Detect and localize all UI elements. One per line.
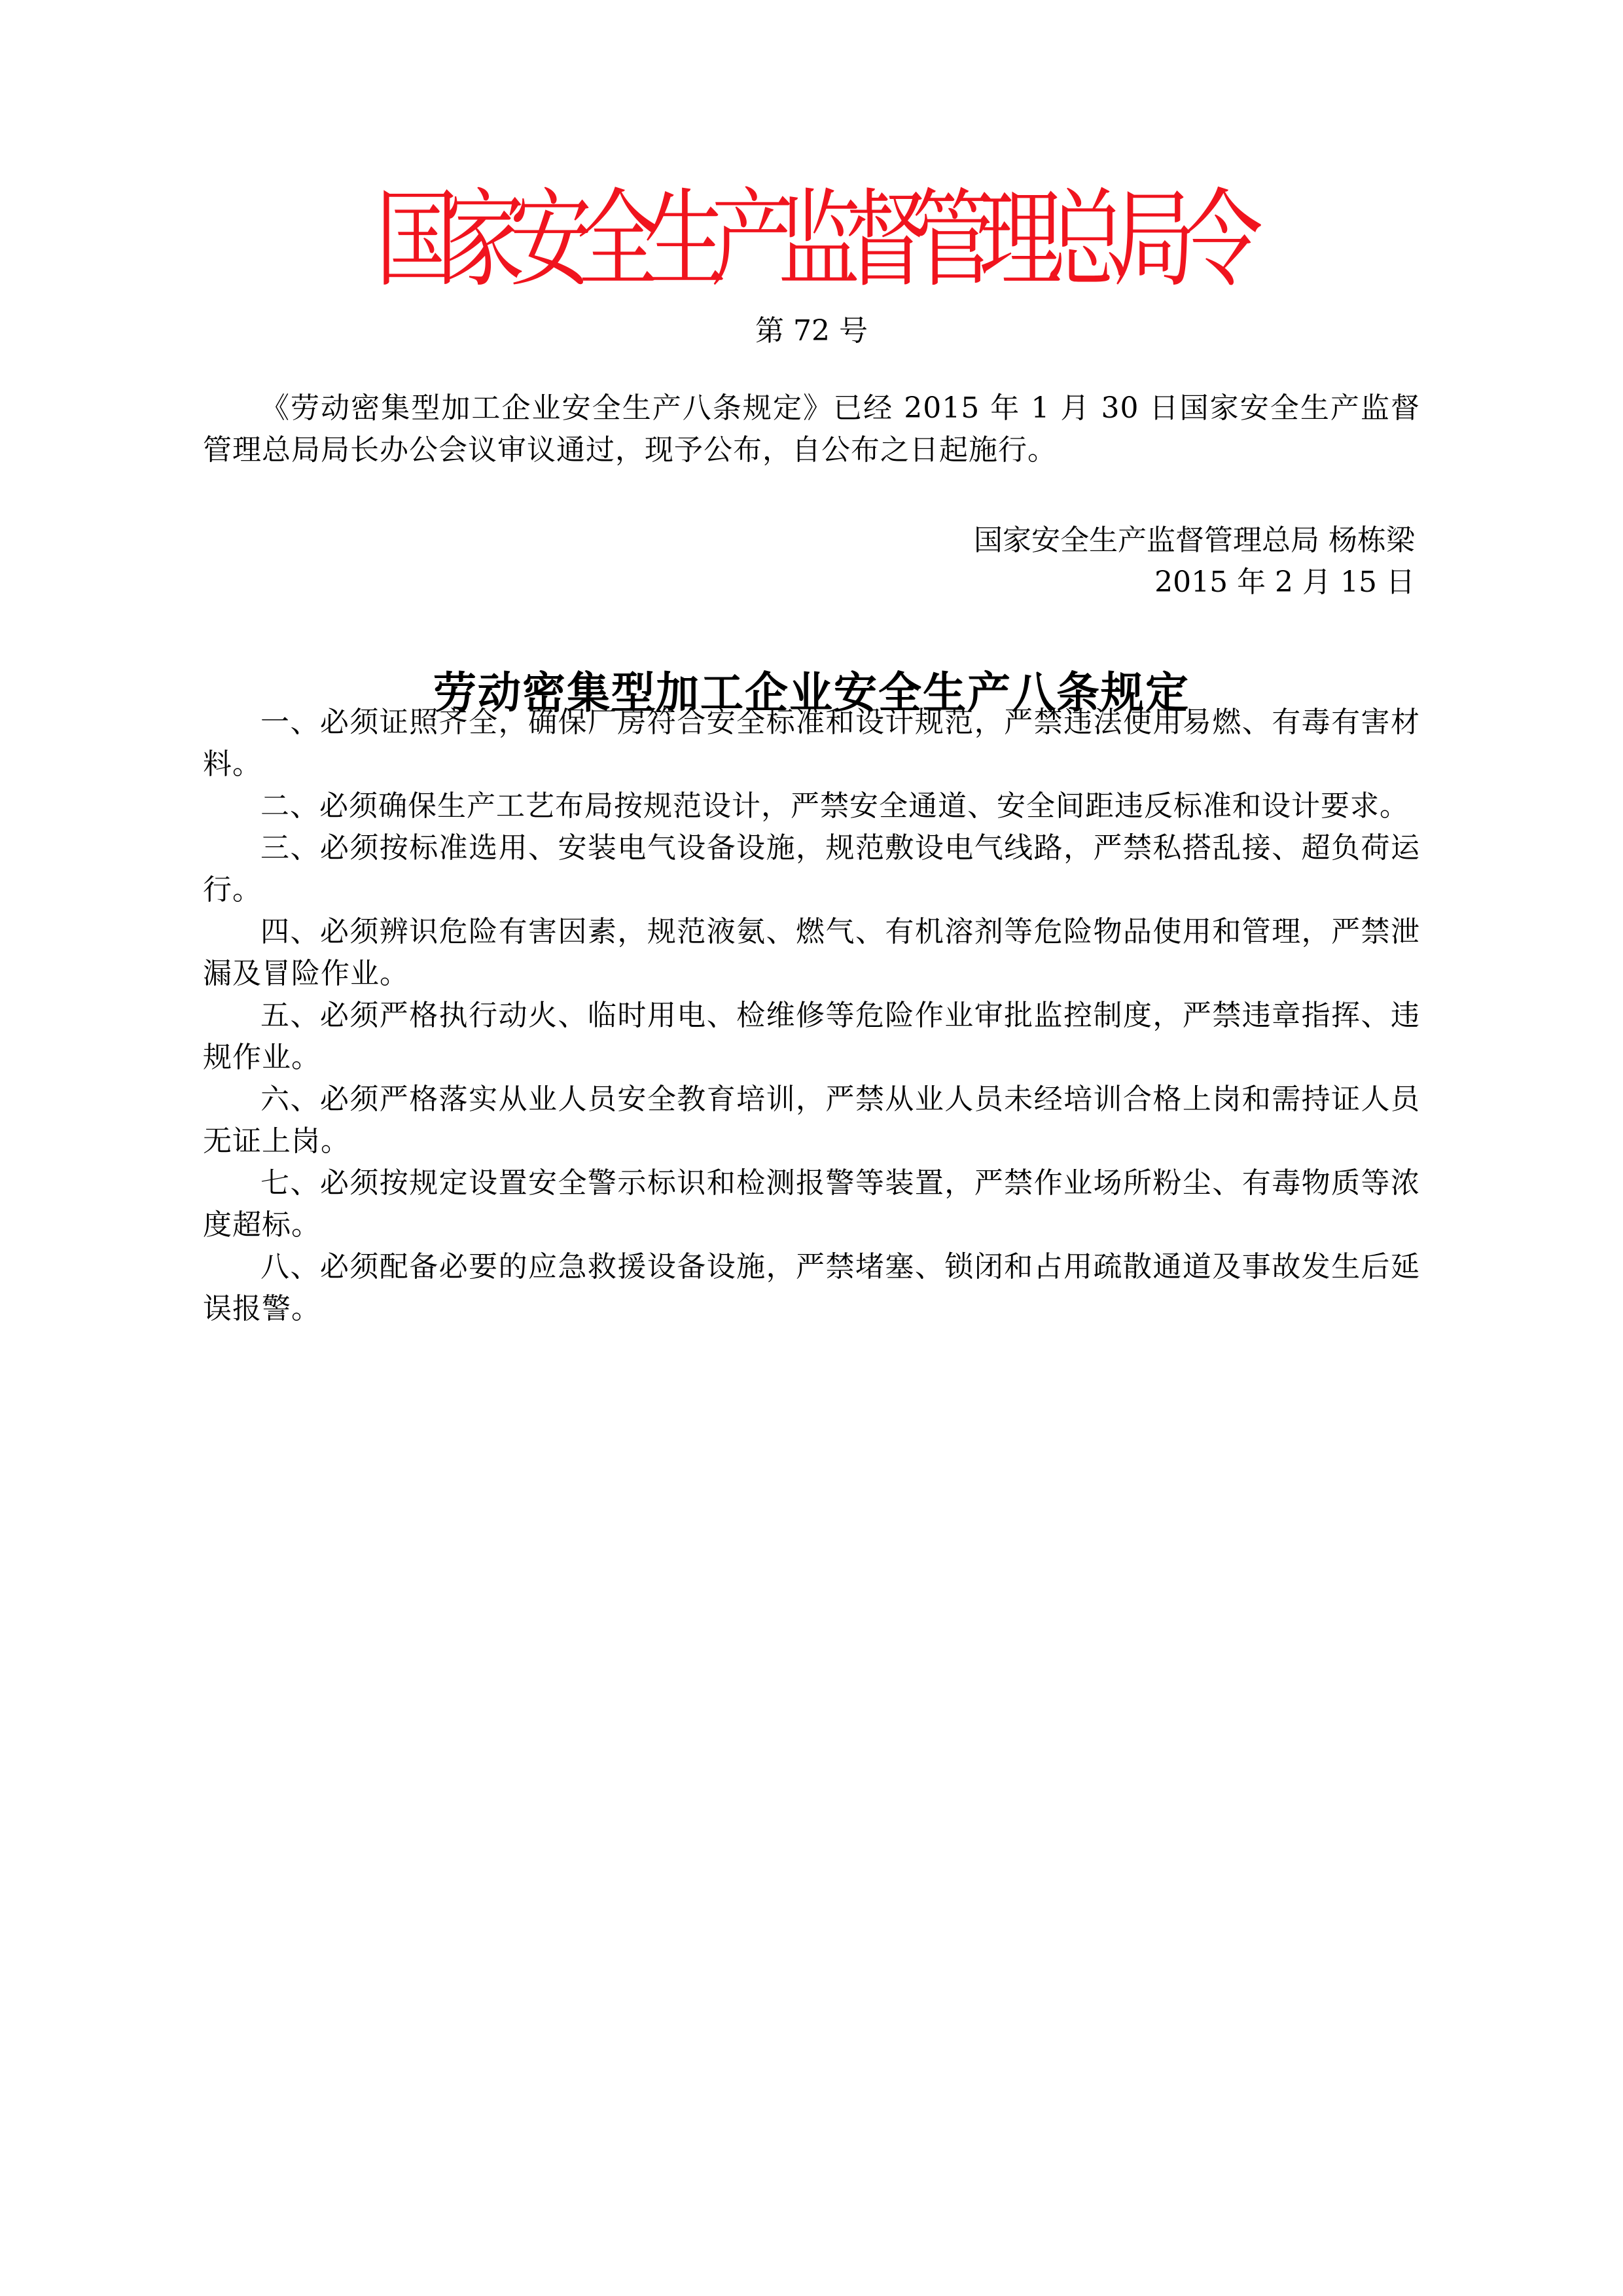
article-3: 三、必须按标准选用、安装电气设备设施，规范敷设电气线路，严禁私搭乱接、超负荷运行… [203,827,1420,911]
article-1: 一、必须证照齐全，确保厂房符合安全标准和设计规范，严禁违法使用易燃、有毒有害材料… [203,702,1420,785]
article-5: 五、必须严格执行动火、临时用电、检维修等危险作业审批监控制度，严禁违章指挥、违规… [203,995,1420,1079]
signature-issuer: 国家安全生产监督管理总局 杨栋梁 [974,520,1415,562]
order-number: 第 72 号 [0,313,1623,350]
document-page: 国家安全生产监督管理总局令 第 72 号 《劳动密集型加工企业安全生产八条规定》… [0,0,1623,2296]
article-2: 二、必须确保生产工艺布局按规范设计，严禁安全通道、安全间距违反标准和设计要求。 [203,785,1420,827]
article-4: 四、必须辨识危险有害因素，规范液氨、燃气、有机溶剂等危险物品使用和管理，严禁泄漏… [203,911,1420,995]
signature-date: 2015 年 2 月 15 日 [974,562,1415,603]
decree-preamble: 《劳动密集型加工企业安全生产八条规定》已经 2015 年 1 月 30 日国家安… [203,387,1420,471]
article-8: 八、必须配备必要的应急救援设备设施，严禁堵塞、锁闭和占用疏散通道及事故发生后延误… [203,1246,1420,1330]
signature-block: 国家安全生产监督管理总局 杨栋梁 2015 年 2 月 15 日 [974,520,1415,603]
article-6: 六、必须严格落实从业人员安全教育培训，严禁从业人员未经培训合格上岗和需持证人员无… [203,1079,1420,1162]
regulation-articles: 一、必须证照齐全，确保厂房符合安全标准和设计规范，严禁违法使用易燃、有毒有害材料… [203,702,1420,1330]
article-7: 七、必须按规定设置安全警示标识和检测报警等装置，严禁作业场所粉尘、有毒物质等浓度… [203,1162,1420,1246]
decree-masthead: 国家安全生产监督管理总局令 [372,180,1251,300]
